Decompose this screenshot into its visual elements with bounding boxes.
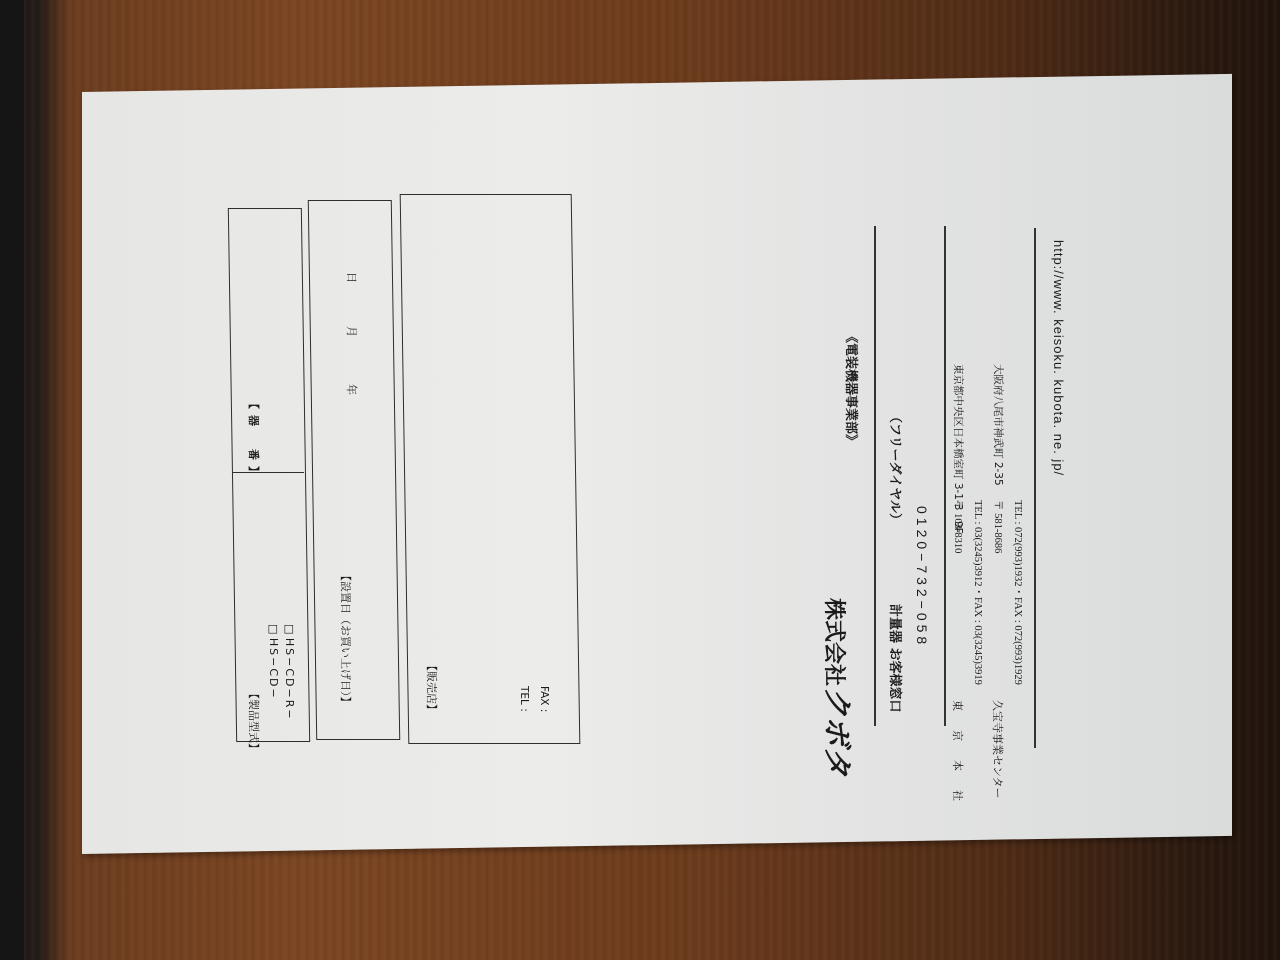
year-label: 年 — [344, 384, 360, 395]
day-label: 日 — [344, 272, 360, 283]
office-name-kyuhoji: 久宝寺事業センター — [990, 700, 1006, 799]
divider-rule — [874, 226, 876, 726]
website-url[interactable]: http://www. keisoku. kubota. ne. jp/ — [1051, 240, 1066, 476]
month-label: 月 — [344, 326, 360, 337]
hotline-number[interactable]: 0120−732−058 — [914, 506, 930, 648]
dark-edge — [0, 0, 24, 960]
model-option-1[interactable]: □ HS−CD− — [267, 624, 280, 700]
model-label: 【製品型式】 — [246, 688, 262, 754]
model-option-text: HS−CD− — [267, 638, 280, 700]
dealer-fax-label: FAX : — [538, 686, 550, 712]
office-postal-kyuhoji: 〒 581-8686 — [991, 500, 1006, 553]
hotline-note: （フリーダイヤル） — [887, 410, 906, 526]
company-name: 株式会社クボタ — [818, 598, 862, 776]
company-prefix: 株式会社 — [821, 598, 846, 686]
hotline-label: 計量器 お客様窓口 — [887, 604, 906, 713]
dealer-tel-label: TEL : — [518, 686, 530, 712]
divider-rule — [944, 226, 946, 726]
office-address-kyuhoji: 大阪府八尾市神武町 2-35 — [991, 364, 1006, 486]
office-contact-kyuhoji: TEL : 072(993)1932・FAX : 072(993)1929 — [1011, 500, 1026, 685]
model-option-2[interactable]: □ HS−CD−R− — [283, 624, 296, 721]
company-logo-text: クボタ — [819, 686, 854, 776]
office-address-tokyo: 東京都中央区日本橋室町 3-1-3 9F — [951, 364, 966, 534]
model-serial-divider — [232, 472, 304, 473]
office-name-tokyo: 東 京 本 社 — [950, 700, 966, 805]
checkbox[interactable]: □ — [267, 624, 280, 634]
model-option-text: HS−CD−R− — [283, 638, 296, 721]
install-date-label: 【設置日（お買い上げ日）】 — [338, 570, 354, 708]
divider-rule — [1034, 228, 1036, 748]
dealer-label: 【販売店】 — [424, 660, 440, 715]
serial-label: 【器 番】 — [246, 398, 262, 483]
office-contact-tokyo: TEL : 03(3245)3912・FAX : 03(3245)3919 — [971, 500, 986, 685]
division-name: 《電装機器事業部》 — [843, 330, 862, 447]
checkbox[interactable]: □ — [283, 624, 296, 634]
